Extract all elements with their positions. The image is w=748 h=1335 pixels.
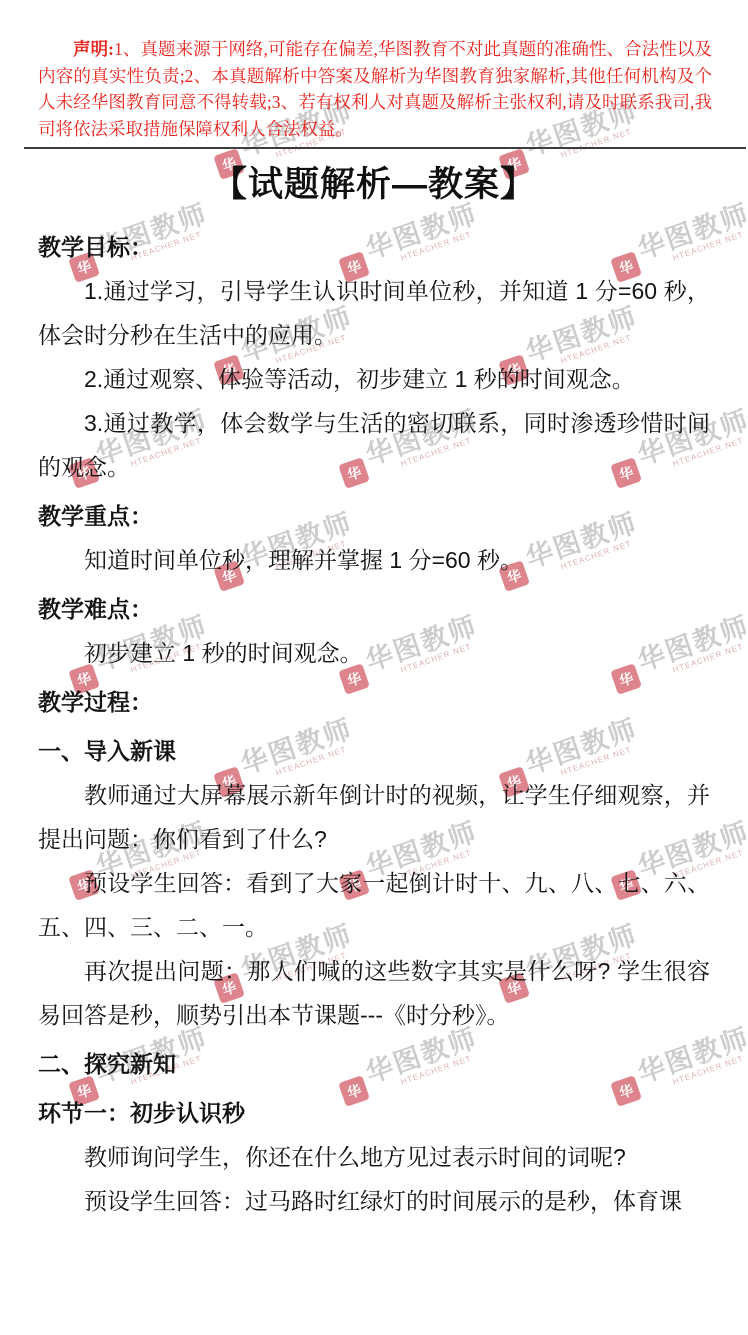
paragraph: 知道时间单位秒，理解并掌握 1 分=60 秒。	[38, 538, 710, 582]
disclaimer-body: 1、真题来源于网络,可能存在偏差,华图教育不对此真题的准确性、合法性以及内容的真…	[38, 39, 712, 139]
paragraph: 预设学生回答：看到了大家一起倒计时十、九、八、七、六、五、四、三、二、一。	[38, 861, 710, 949]
paragraph: 教师询问学生，你还在什么地方见过表示时间的词呢?	[38, 1135, 710, 1179]
section-heading: 教学难点：	[38, 587, 710, 631]
section-heading: 教学过程：	[38, 680, 710, 724]
divider-line	[24, 147, 746, 149]
page-title: 【试题解析—教案】	[0, 164, 748, 206]
disclaimer-text: 声明:1、真题来源于网络,可能存在偏差,华图教育不对此真题的准确性、合法性以及内…	[38, 36, 712, 142]
section-heading: 教学重点：	[38, 494, 710, 538]
paragraph: 2.通过观察、体验等活动，初步建立 1 秒的时间观念。	[38, 357, 710, 401]
paragraph: 再次提出问题：那人们喊的这些数字其实是什么呀? 学生很容易回答是秒，顺势引出本节…	[38, 949, 710, 1037]
paragraph: 3.通过教学，体会数学与生活的密切联系，同时渗透珍惜时间的观念。	[38, 401, 710, 489]
document-body: 教学目标：1.通过学习，引导学生认识时间单位秒，并知道 1 分=60 秒，体会时…	[38, 225, 710, 1223]
paragraph: 教师通过大屏幕展示新年倒计时的视频，让学生仔细观察，并提出问题：你们看到了什么?	[38, 773, 710, 861]
section-heading: 教学目标：	[38, 225, 710, 269]
paragraph: 预设学生回答：过马路时红绿灯的时间展示的是秒，体育课	[38, 1179, 710, 1223]
paragraph: 1.通过学习，引导学生认识时间单位秒，并知道 1 分=60 秒，体会时分秒在生活…	[38, 269, 710, 357]
section-heading: 一、导入新课	[38, 729, 710, 773]
paragraph: 初步建立 1 秒的时间观念。	[38, 631, 710, 675]
section-heading: 环节一：初步认识秒	[38, 1091, 710, 1135]
document-page: 声明:1、真题来源于网络,可能存在偏差,华图教育不对此真题的准确性、合法性以及内…	[0, 36, 748, 1223]
disclaimer-label: 声明:	[73, 39, 114, 59]
section-heading: 二、探究新知	[38, 1042, 710, 1086]
